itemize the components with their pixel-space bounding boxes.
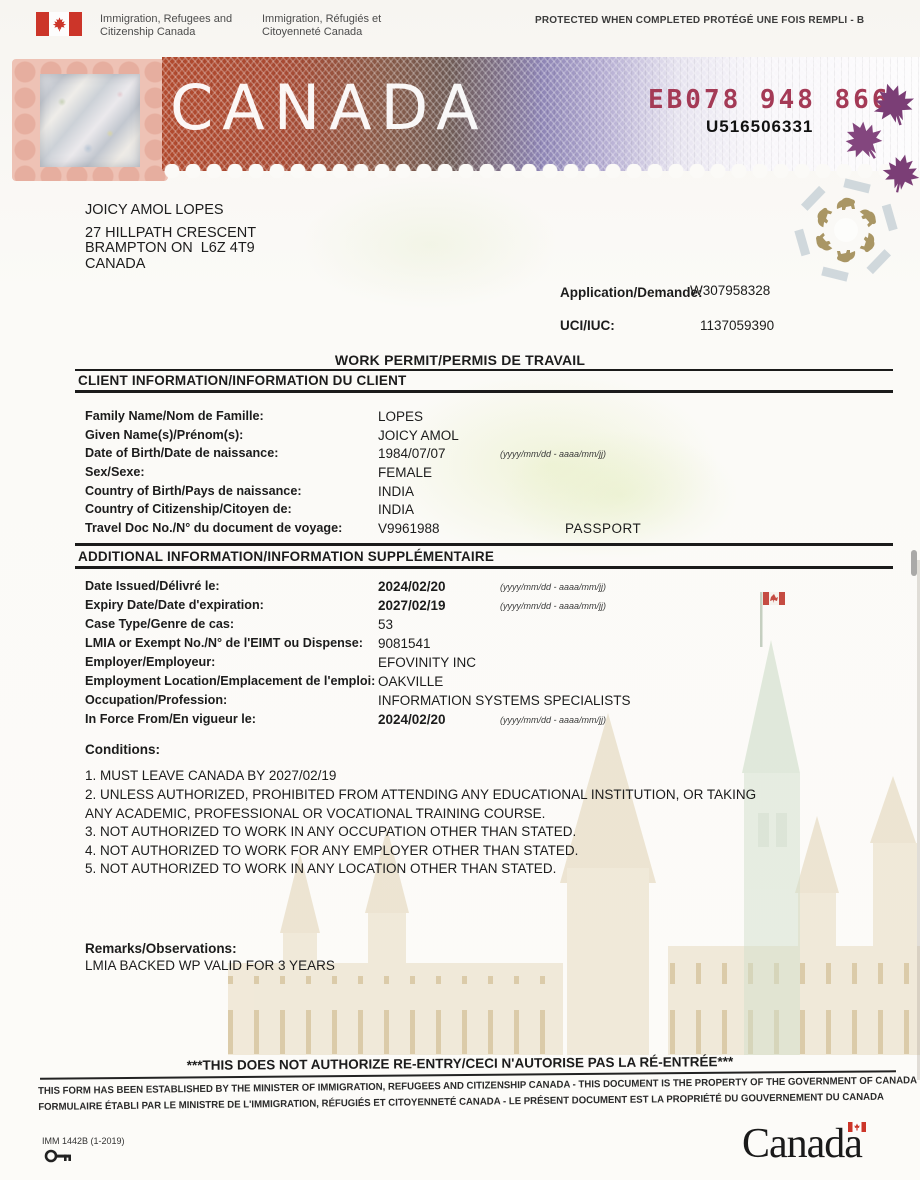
remarks-heading: Remarks/Observations: [85,941,237,956]
field-value: 2024/02/20 [378,712,446,727]
field-value: EFOVINITY INC [378,655,476,670]
wordmark-text: Canada [742,1121,862,1167]
field-label: Given Name(s)/Prénom(s): [85,427,243,442]
rule-under-title [75,369,893,371]
rule-above-additional [75,543,893,546]
additional-section-heading: ADDITIONAL INFORMATION/INFORMATION SUPPL… [78,549,494,564]
application-value: W307958328 [690,283,770,298]
field-value: FEMALE [378,465,432,480]
rule-under-additional [75,566,893,569]
field-value: V9961988 [378,521,440,536]
form-number: IMM 1442B (1-2019) [42,1136,125,1146]
field-label: Country of Birth/Pays de naissance: [85,483,302,498]
condition-item: 2. UNLESS AUTHORIZED, PROHIBITED FROM AT… [85,787,756,802]
flag-center [49,12,69,36]
department-name-french: Immigration, Réfugiés et Citoyenneté Can… [262,13,381,39]
condition-item: 4. NOT AUTHORIZED TO WORK FOR ANY EMPLOY… [85,843,578,858]
government-of-canada-flag-icon [36,12,82,36]
security-banner: CANADA EB078 948 866 U516506331 [12,57,920,183]
field-value: 2027/02/19 [378,598,446,613]
field-label: Travel Doc No./N° du document de voyage: [85,520,342,535]
wordmark-flag-icon [848,1122,866,1132]
rule-under-client-heading [75,390,893,393]
condition-item: 1. MUST LEAVE CANADA BY 2027/02/19 [85,768,336,783]
field-value: 9081541 [378,636,431,651]
field-label: Employment Location/Emplacement de l'emp… [85,673,375,688]
field-label: Family Name/Nom de Famille: [85,408,264,423]
address-city: BRAMPTON ON L6Z 4T9 [85,241,256,257]
application-number-row: Application/Demande: W307958328 [560,285,703,300]
date-format-hint: (yyyy/mm/dd - aaaa/mm/jj) [500,715,606,725]
field-label: Country of Citizenship/Citoyen de: [85,501,292,516]
work-permit-document: Immigration, Refugees and Citizenship Ca… [0,0,920,1180]
protected-notice: PROTECTED WHEN COMPLETED PROTÉGÉ UNE FOI… [535,15,895,26]
field-label: Date Issued/Délivré le: [85,578,220,593]
client-section-heading: CLIENT INFORMATION/INFORMATION DU CLIENT [78,373,406,388]
field-label: Sex/Sexe: [85,464,145,479]
holographic-stamp [12,59,168,181]
field-value: OAKVILLE [378,674,443,689]
department-name-english: Immigration, Refugees and Citizenship Ca… [100,13,232,39]
canada-wordmark: Canada [742,1120,862,1168]
date-format-hint: (yyyy/mm/dd - aaaa/mm/jj) [500,449,606,459]
uci-row: UCI/IUC: 1137059390 [560,318,615,333]
banner-country-title: CANADA [170,71,488,144]
legal-fine-print: THIS FORM HAS BEEN ESTABLISHED BY THE MI… [38,1074,874,1115]
address-name: JOICY AMOL LOPES [85,203,256,219]
address-country: CANADA [85,257,256,273]
date-format-hint: (yyyy/mm/dd - aaaa/mm/jj) [500,601,606,611]
travel-doc-type: PASSPORT [565,521,641,536]
field-label: Employer/Employeur: [85,654,215,669]
condition-item: 3. NOT AUTHORIZED TO WORK IN ANY OCCUPAT… [85,824,576,839]
flag-bar-left [36,12,49,36]
uci-label: UCI/IUC: [560,318,615,333]
field-label: Occupation/Profession: [85,692,227,707]
remarks-text: LMIA BACKED WP VALID FOR 3 YEARS [85,958,335,973]
security-emblem-icon [792,176,900,284]
key-icon [44,1148,76,1164]
field-value: 53 [378,617,393,632]
conditions-heading: Conditions: [85,742,160,757]
application-label: Application/Demande: [560,285,703,300]
field-value: INDIA [378,502,414,517]
field-label: Expiry Date/Date d'expiration: [85,597,264,612]
sticker-number: U516506331 [706,117,813,137]
field-value: LOPES [378,409,423,424]
field-label: In Force From/En vigueur le: [85,711,256,726]
address-street: 27 HILLPATH CRESCENT [85,226,256,242]
date-format-hint: (yyyy/mm/dd - aaaa/mm/jj) [500,582,606,592]
field-label: Date of Birth/Date de naissance: [85,445,278,460]
condition-item: ANY ACADEMIC, PROFESSIONAL OR VOCATIONAL… [85,806,545,821]
field-value: INDIA [378,484,414,499]
maple-leaf-icon [52,17,67,32]
mailing-address: JOICY AMOL LOPES 27 HILLPATH CRESCENT BR… [85,203,256,272]
field-label: LMIA or Exempt No./N° de l'EIMT ou Dispe… [85,635,363,650]
flag-bar-right [69,12,82,36]
hologram-square [40,74,140,167]
field-value: INFORMATION SYSTEMS SPECIALISTS [378,693,631,708]
condition-item: 5. NOT AUTHORIZED TO WORK IN ANY LOCATIO… [85,861,556,876]
uci-value: 1137059390 [700,318,774,333]
field-value: 2024/02/20 [378,579,446,594]
field-value: JOICY AMOL [378,428,459,443]
field-value: 1984/07/07 [378,446,446,461]
document-title: WORK PERMIT/PERMIS DE TRAVAIL [0,352,920,368]
field-label: Case Type/Genre de cas: [85,616,234,631]
